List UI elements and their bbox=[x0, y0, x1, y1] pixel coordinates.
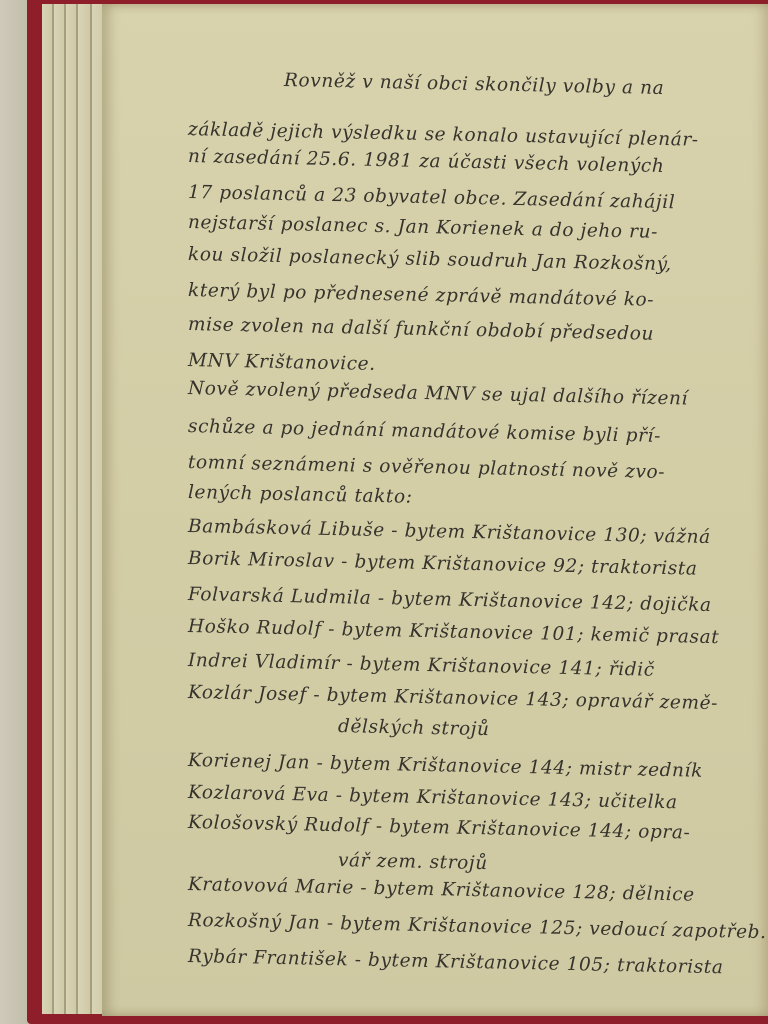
handwritten-page: Rovněž v naší obci skončily volby a na z… bbox=[102, 4, 768, 1016]
text-line: kou složil poslanecký slib soudruh Jan R… bbox=[188, 244, 672, 275]
deputy-entry: Rybár František - bytem Krištanovice 105… bbox=[188, 946, 724, 978]
text-line: tomní seznámeni s ověřenou platností nov… bbox=[188, 452, 666, 483]
deputy-entry: Bambásková Libuše - bytem Krištanovice 1… bbox=[188, 516, 711, 548]
deputy-entry-continuation: dělských strojů bbox=[338, 716, 490, 740]
deputy-entry: Folvarská Ludmila - bytem Krištanovice 1… bbox=[188, 584, 712, 616]
deputy-entry: Borik Miroslav - bytem Krištanovice 92; … bbox=[188, 548, 698, 580]
page-leaf bbox=[78, 4, 92, 1014]
text-line: základě jejich výsledku se konalo ustavu… bbox=[188, 119, 699, 151]
page-edges bbox=[42, 4, 110, 1014]
deputy-entry-continuation: vář zem. strojů bbox=[338, 850, 488, 874]
text-line: Rovněž v naší obci skončily volby a na bbox=[284, 70, 665, 99]
page-leaf bbox=[66, 4, 78, 1014]
deputy-entry: Rozkošný Jan - bytem Krištanovice 125; v… bbox=[188, 910, 767, 943]
text-line: MNV Krištanovice. bbox=[188, 350, 376, 375]
deputy-entry: Indrei Vladimír - bytem Krištanovice 141… bbox=[188, 650, 655, 681]
deputy-entry: Kozlarová Eva - bytem Krištanovice 143; … bbox=[188, 782, 678, 813]
deputy-entry: Kološovský Rudolf - bytem Krištanovice 1… bbox=[188, 812, 691, 844]
deputy-entry: Korienej Jan - bytem Krištanovice 144; m… bbox=[188, 750, 703, 782]
text-line: nejstarší poslanec s. Jan Korienek a do … bbox=[188, 212, 658, 243]
deputy-entry: Hoško Rudolf - bytem Krištanovice 101; k… bbox=[188, 616, 720, 648]
text-line: ní zasedání 25.6. 1981 za účasti všech v… bbox=[188, 146, 665, 177]
text-line: 17 poslanců a 23 obyvatel obce. Zasedání… bbox=[188, 182, 676, 213]
deputy-entry: Kratovová Marie - bytem Krištanovice 128… bbox=[188, 874, 695, 906]
page-leaf bbox=[42, 4, 54, 1014]
deputy-entry: Kozlár Josef - bytem Krištanovice 143; o… bbox=[188, 682, 718, 714]
text-line: mise zvolen na další funkční období před… bbox=[188, 314, 654, 345]
text-line: schůze a po jednání mandátové komise byl… bbox=[188, 416, 661, 447]
table-surface bbox=[0, 0, 28, 1024]
text-line: lených poslanců takto: bbox=[188, 482, 413, 508]
page-leaf bbox=[54, 4, 66, 1014]
text-line: který byl po přednesené zprávě mandátové… bbox=[188, 280, 655, 311]
text-line: Nově zvolený předseda MNV se ujal dalšíh… bbox=[188, 378, 688, 409]
